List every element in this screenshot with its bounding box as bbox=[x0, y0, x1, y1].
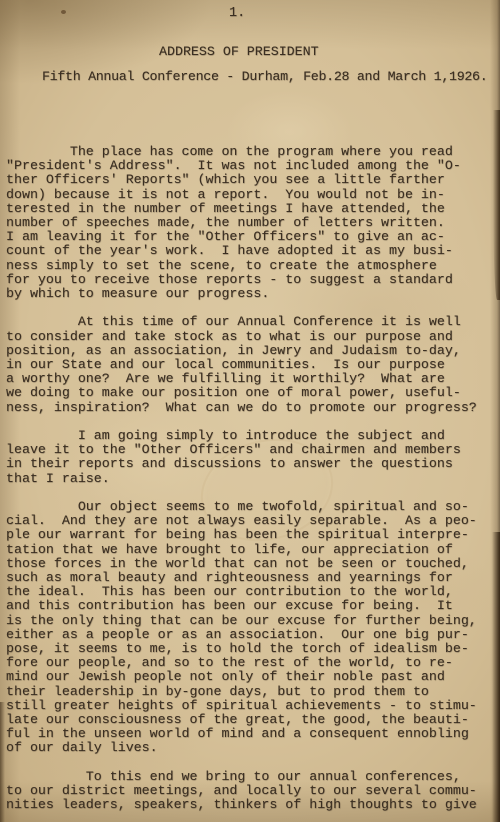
document-title: ADDRESS OF PRESIDENT bbox=[159, 44, 319, 59]
paper-edge-shadow-left-bottom bbox=[0, 702, 5, 822]
page-number: 1. bbox=[229, 6, 245, 21]
paragraph: I am going simply to introduce the subje… bbox=[6, 429, 496, 486]
paragraph: At this time of our Annual Conference it… bbox=[6, 315, 496, 414]
paragraph: Our object seems to me twofold, spiritua… bbox=[6, 500, 496, 756]
ink-speck bbox=[61, 10, 66, 14]
document-body: The place has come on the program where … bbox=[6, 145, 496, 812]
paragraph: To this end we bring to our annual confe… bbox=[6, 770, 496, 813]
document-subtitle: Fifth Annual Conference - Durham, Feb.28… bbox=[42, 69, 487, 84]
document-page: 1. ADDRESS OF PRESIDENT Fifth Annual Con… bbox=[0, 0, 500, 822]
paragraph: The place has come on the program where … bbox=[6, 145, 496, 301]
